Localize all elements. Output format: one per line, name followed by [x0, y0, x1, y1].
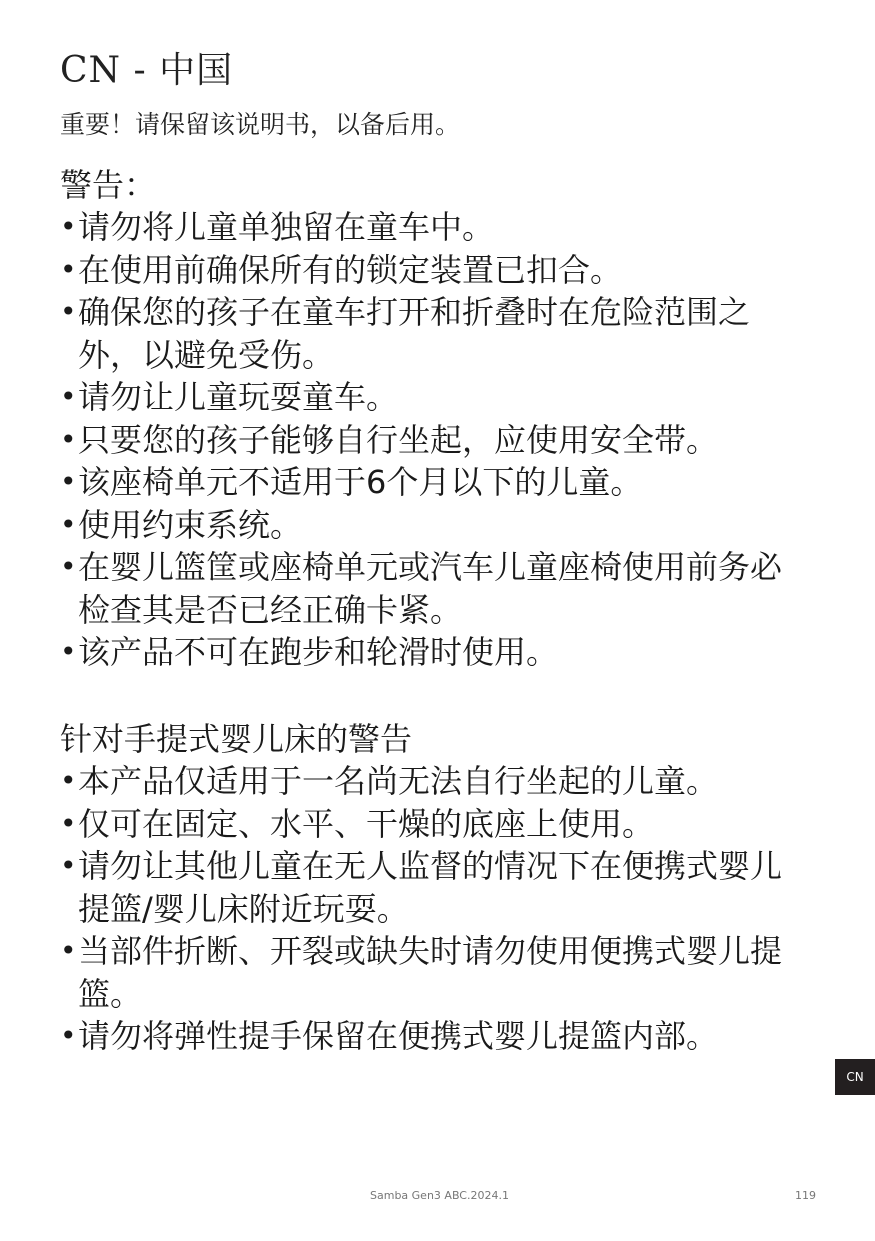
bullet-icon: • — [60, 206, 77, 249]
warnings-section: 警告： •请勿将儿童单独留在童车中。 •在使用前确保所有的锁定装置已扣合。 •确… — [60, 164, 800, 674]
carrycot-warnings-section: 针对手提式婴儿床的警告 •本产品仅适用于一名尚无法自行坐起的儿童。 •仅可在固定… — [60, 718, 800, 1058]
list-item-text: 请勿将儿童单独留在童车中。 — [78, 208, 494, 246]
bullet-icon: • — [60, 291, 77, 334]
list-item: •请勿让其他儿童在无人监督的情况下在便携式婴儿提篮/婴儿床附近玩耍。 — [60, 845, 800, 930]
list-item: •请勿让儿童玩耍童车。 — [60, 376, 800, 419]
list-item: •请勿将儿童单独留在童车中。 — [60, 206, 800, 249]
list-item-text: 确保您的孩子在童车打开和折叠时在危险范围之外，以避免受伤。 — [78, 293, 750, 374]
bullet-icon: • — [60, 419, 77, 462]
bullet-icon: • — [60, 760, 77, 803]
list-item: •该座椅单元不适用于6个月以下的儿童。 — [60, 461, 800, 504]
list-item-text: 在使用前确保所有的锁定装置已扣合。 — [78, 251, 622, 289]
page-title: CN - 中国 — [60, 48, 233, 94]
bullet-icon: • — [60, 546, 77, 589]
list-item-text: 使用约束系统。 — [78, 506, 302, 544]
list-item-text: 只要您的孩子能够自行坐起，应使用安全带。 — [78, 421, 718, 459]
bullet-icon: • — [60, 845, 77, 888]
footer-document-id: Samba Gen3 ABC.2024.1 — [370, 1189, 509, 1202]
list-item: •本产品仅适用于一名尚无法自行坐起的儿童。 — [60, 760, 800, 803]
list-item: •只要您的孩子能够自行坐起，应使用安全带。 — [60, 419, 800, 462]
list-item-text: 本产品仅适用于一名尚无法自行坐起的儿童。 — [78, 762, 718, 800]
bullet-icon: • — [60, 631, 77, 674]
list-item-text: 仅可在固定、水平、干燥的底座上使用。 — [78, 805, 654, 843]
list-item-text: 该产品不可在跑步和轮滑时使用。 — [78, 633, 558, 671]
list-item: •使用约束系统。 — [60, 504, 800, 547]
keep-instructions-notice: 重要！请保留该说明书，以备后用。 — [60, 108, 460, 142]
list-item-text: 当部件折断、开裂或缺失时请勿使用便携式婴儿提篮。 — [78, 932, 782, 1013]
bullet-icon: • — [60, 504, 77, 547]
bullet-icon: • — [60, 803, 77, 846]
list-item-text: 请勿让儿童玩耍童车。 — [78, 378, 398, 416]
list-item: •请勿将弹性提手保留在便携式婴儿提篮内部。 — [60, 1015, 800, 1058]
list-item-text: 请勿将弹性提手保留在便携式婴儿提篮内部。 — [78, 1017, 718, 1055]
warnings-list: •请勿将儿童单独留在童车中。 •在使用前确保所有的锁定装置已扣合。 •确保您的孩… — [60, 206, 800, 674]
bullet-icon: • — [60, 376, 77, 419]
list-item: •在使用前确保所有的锁定装置已扣合。 — [60, 249, 800, 292]
warnings-heading: 警告： — [60, 164, 800, 206]
language-tab-badge: CN — [835, 1059, 875, 1095]
list-item-text: 该座椅单元不适用于6个月以下的儿童。 — [78, 463, 642, 501]
list-item-text: 请勿让其他儿童在无人监督的情况下在便携式婴儿提篮/婴儿床附近玩耍。 — [78, 847, 782, 928]
carrycot-warnings-heading: 针对手提式婴儿床的警告 — [60, 718, 800, 760]
bullet-icon: • — [60, 461, 77, 504]
carrycot-warnings-list: •本产品仅适用于一名尚无法自行坐起的儿童。 •仅可在固定、水平、干燥的底座上使用… — [60, 760, 800, 1058]
bullet-icon: • — [60, 1015, 77, 1058]
bullet-icon: • — [60, 930, 77, 973]
bullet-icon: • — [60, 249, 77, 292]
list-item-text: 在婴儿篮筐或座椅单元或汽车儿童座椅使用前务必检查其是否已经正确卡紧。 — [78, 548, 782, 629]
list-item: •当部件折断、开裂或缺失时请勿使用便携式婴儿提篮。 — [60, 930, 800, 1015]
list-item: •在婴儿篮筐或座椅单元或汽车儿童座椅使用前务必检查其是否已经正确卡紧。 — [60, 546, 800, 631]
list-item: •仅可在固定、水平、干燥的底座上使用。 — [60, 803, 800, 846]
list-item: •确保您的孩子在童车打开和折叠时在危险范围之外，以避免受伤。 — [60, 291, 800, 376]
page-number: 119 — [795, 1189, 816, 1202]
list-item: •该产品不可在跑步和轮滑时使用。 — [60, 631, 800, 674]
